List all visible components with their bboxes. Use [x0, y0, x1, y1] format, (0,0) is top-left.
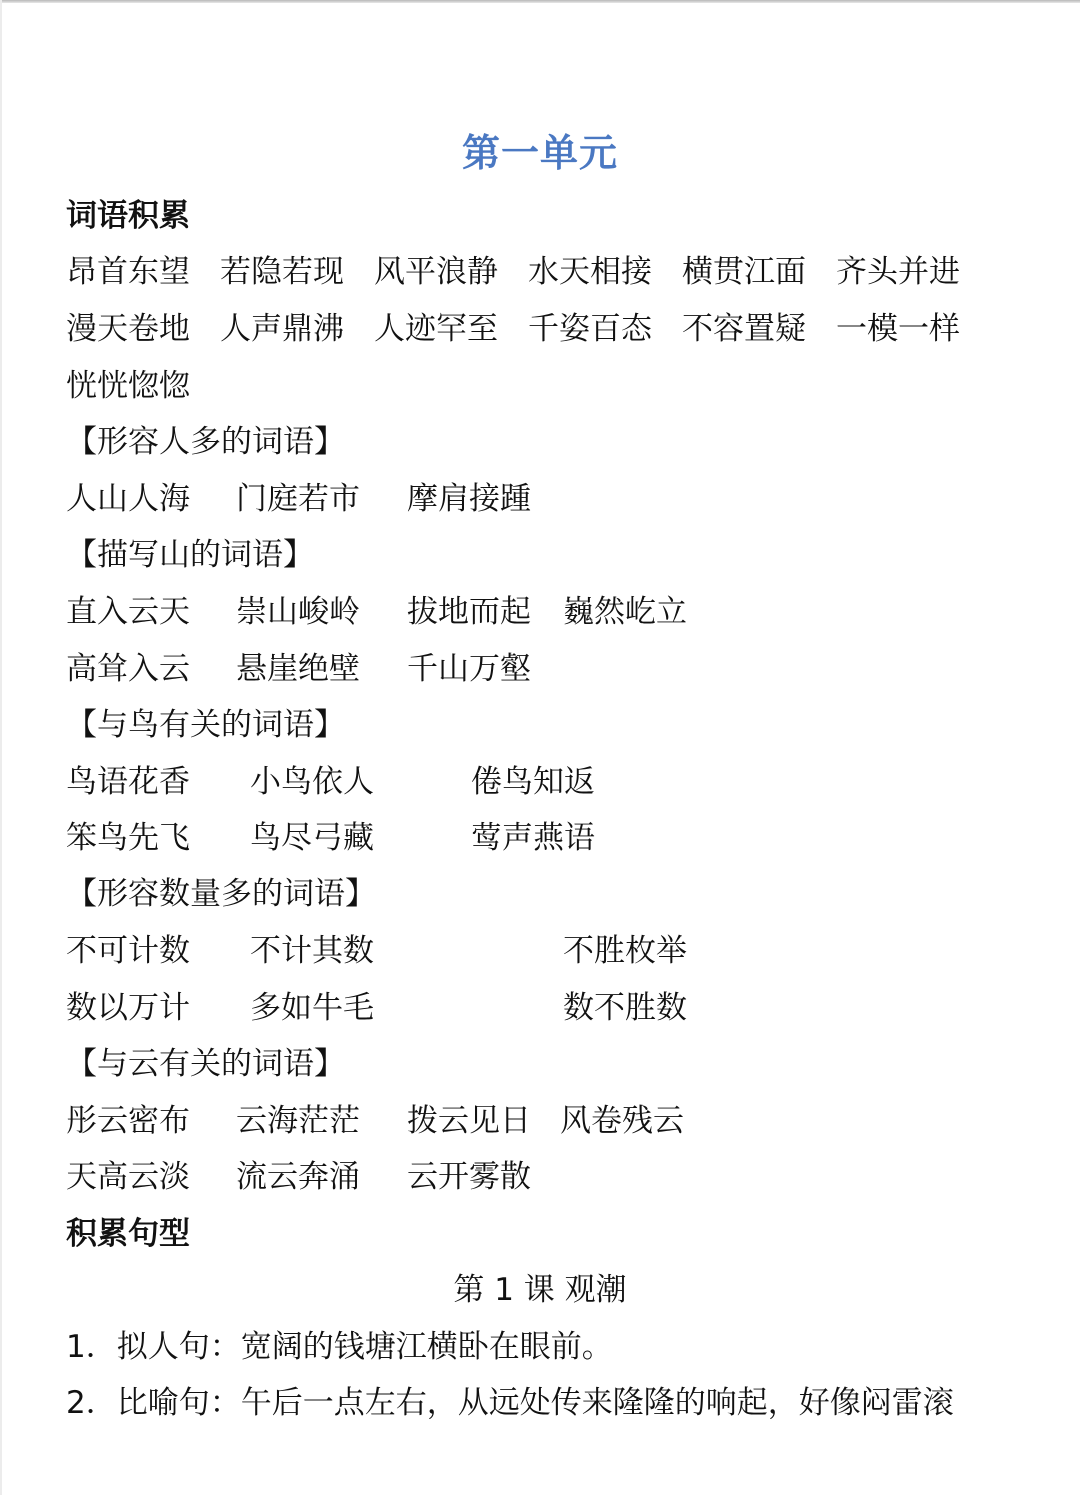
lesson-title: 第 1 课 观潮 [0, 1270, 1080, 1310]
group-word: 风卷残云 [560, 1101, 684, 1141]
group-heading-quantity: 【形容数量多的词语】 [66, 874, 376, 914]
group-heading-crowd: 【形容人多的词语】 [66, 422, 345, 462]
vocab-word: 若隐若现 [220, 252, 344, 292]
group-word: 数不胜数 [563, 988, 687, 1028]
vocab-line-2: 漫天卷地 人声鼎沸 人迹罕至 千姿百态 不容置疑 一模一样 [66, 309, 1026, 349]
group-row: 人山人海 门庭若市 摩肩接踵 [66, 479, 1026, 519]
vocab-word: 人迹罕至 [374, 309, 498, 349]
vocab-line-1: 昂首东望 若隐若现 风平浪静 水天相接 横贯江面 齐头并进 [66, 252, 1026, 292]
group-word: 千山万壑 [407, 649, 531, 689]
unit-title: 第一单元 [0, 122, 1080, 177]
group-heading-mountain: 【描写山的词语】 [66, 535, 314, 575]
group-word: 彤云密布 [66, 1101, 190, 1141]
vocab-word: 风平浪静 [374, 252, 498, 292]
vocab-word: 齐头并进 [836, 252, 960, 292]
group-word: 崇山峻岭 [236, 592, 360, 632]
sentence-1: 1．拟人句：宽阔的钱塘江横卧在眼前。 [66, 1327, 613, 1367]
section-heading-vocab: 词语积累 [66, 196, 190, 236]
group-word: 拨云见日 [407, 1101, 531, 1141]
group-word: 不可计数 [66, 931, 190, 971]
group-heading-cloud: 【与云有关的词语】 [66, 1044, 345, 1084]
vocab-word: 一模一样 [836, 309, 960, 349]
vocab-word: 昂首东望 [66, 252, 190, 292]
group-word: 小鸟依人 [250, 762, 374, 802]
vocab-word: 不容置疑 [682, 309, 806, 349]
group-row: 直入云天 崇山峻岭 拔地而起 巍然屹立 [66, 592, 1026, 632]
vocab-word: 恍恍惚惚 [66, 366, 190, 406]
group-row: 数以万计 多如牛毛 数不胜数 [66, 988, 1026, 1028]
group-word: 倦鸟知返 [471, 762, 595, 802]
group-word: 拔地而起 [407, 592, 531, 632]
top-edge-shadow [0, 0, 1080, 3]
group-row: 不可计数 不计其数 不胜枚举 [66, 931, 1026, 971]
group-word: 云开雾散 [407, 1157, 531, 1197]
group-word: 悬崖绝壁 [236, 649, 360, 689]
group-row: 彤云密布 云海茫茫 拨云见日 风卷残云 [66, 1101, 1026, 1141]
group-word: 云海茫茫 [236, 1101, 360, 1141]
group-word: 门庭若市 [236, 479, 360, 519]
group-row: 天高云淡 流云奔涌 云开雾散 [66, 1157, 1026, 1197]
group-word: 不胜枚举 [563, 931, 687, 971]
group-word: 摩肩接踵 [407, 479, 531, 519]
group-word: 不计其数 [250, 931, 374, 971]
section-heading-sentences: 积累句型 [66, 1214, 190, 1254]
group-word: 莺声燕语 [471, 818, 595, 858]
group-word: 数以万计 [66, 988, 190, 1028]
group-word: 天高云淡 [66, 1157, 190, 1197]
group-row: 笨鸟先飞 鸟尽弓藏 莺声燕语 [66, 818, 1026, 858]
group-word: 高耸入云 [66, 649, 190, 689]
group-row: 鸟语花香 小鸟依人 倦鸟知返 [66, 762, 1026, 802]
vocab-word: 水天相接 [528, 252, 652, 292]
group-word: 巍然屹立 [563, 592, 687, 632]
group-word: 人山人海 [66, 479, 190, 519]
group-word: 鸟语花香 [66, 762, 190, 802]
group-word: 鸟尽弓藏 [250, 818, 374, 858]
group-row: 高耸入云 悬崖绝壁 千山万壑 [66, 649, 1026, 689]
group-word: 笨鸟先飞 [66, 818, 190, 858]
sentence-2: 2．比喻句：午后一点左右，从远处传来隆隆的响起，好像闷雷滚 [66, 1383, 954, 1423]
vocab-word: 人声鼎沸 [220, 309, 344, 349]
group-word: 多如牛毛 [250, 988, 374, 1028]
vocab-word: 横贯江面 [682, 252, 806, 292]
vocab-line-3: 恍恍惚惚 [66, 366, 1026, 406]
group-word: 流云奔涌 [236, 1157, 360, 1197]
group-heading-bird: 【与鸟有关的词语】 [66, 705, 345, 745]
vocab-word: 漫天卷地 [66, 309, 190, 349]
group-word: 直入云天 [66, 592, 190, 632]
vocab-word: 千姿百态 [528, 309, 652, 349]
